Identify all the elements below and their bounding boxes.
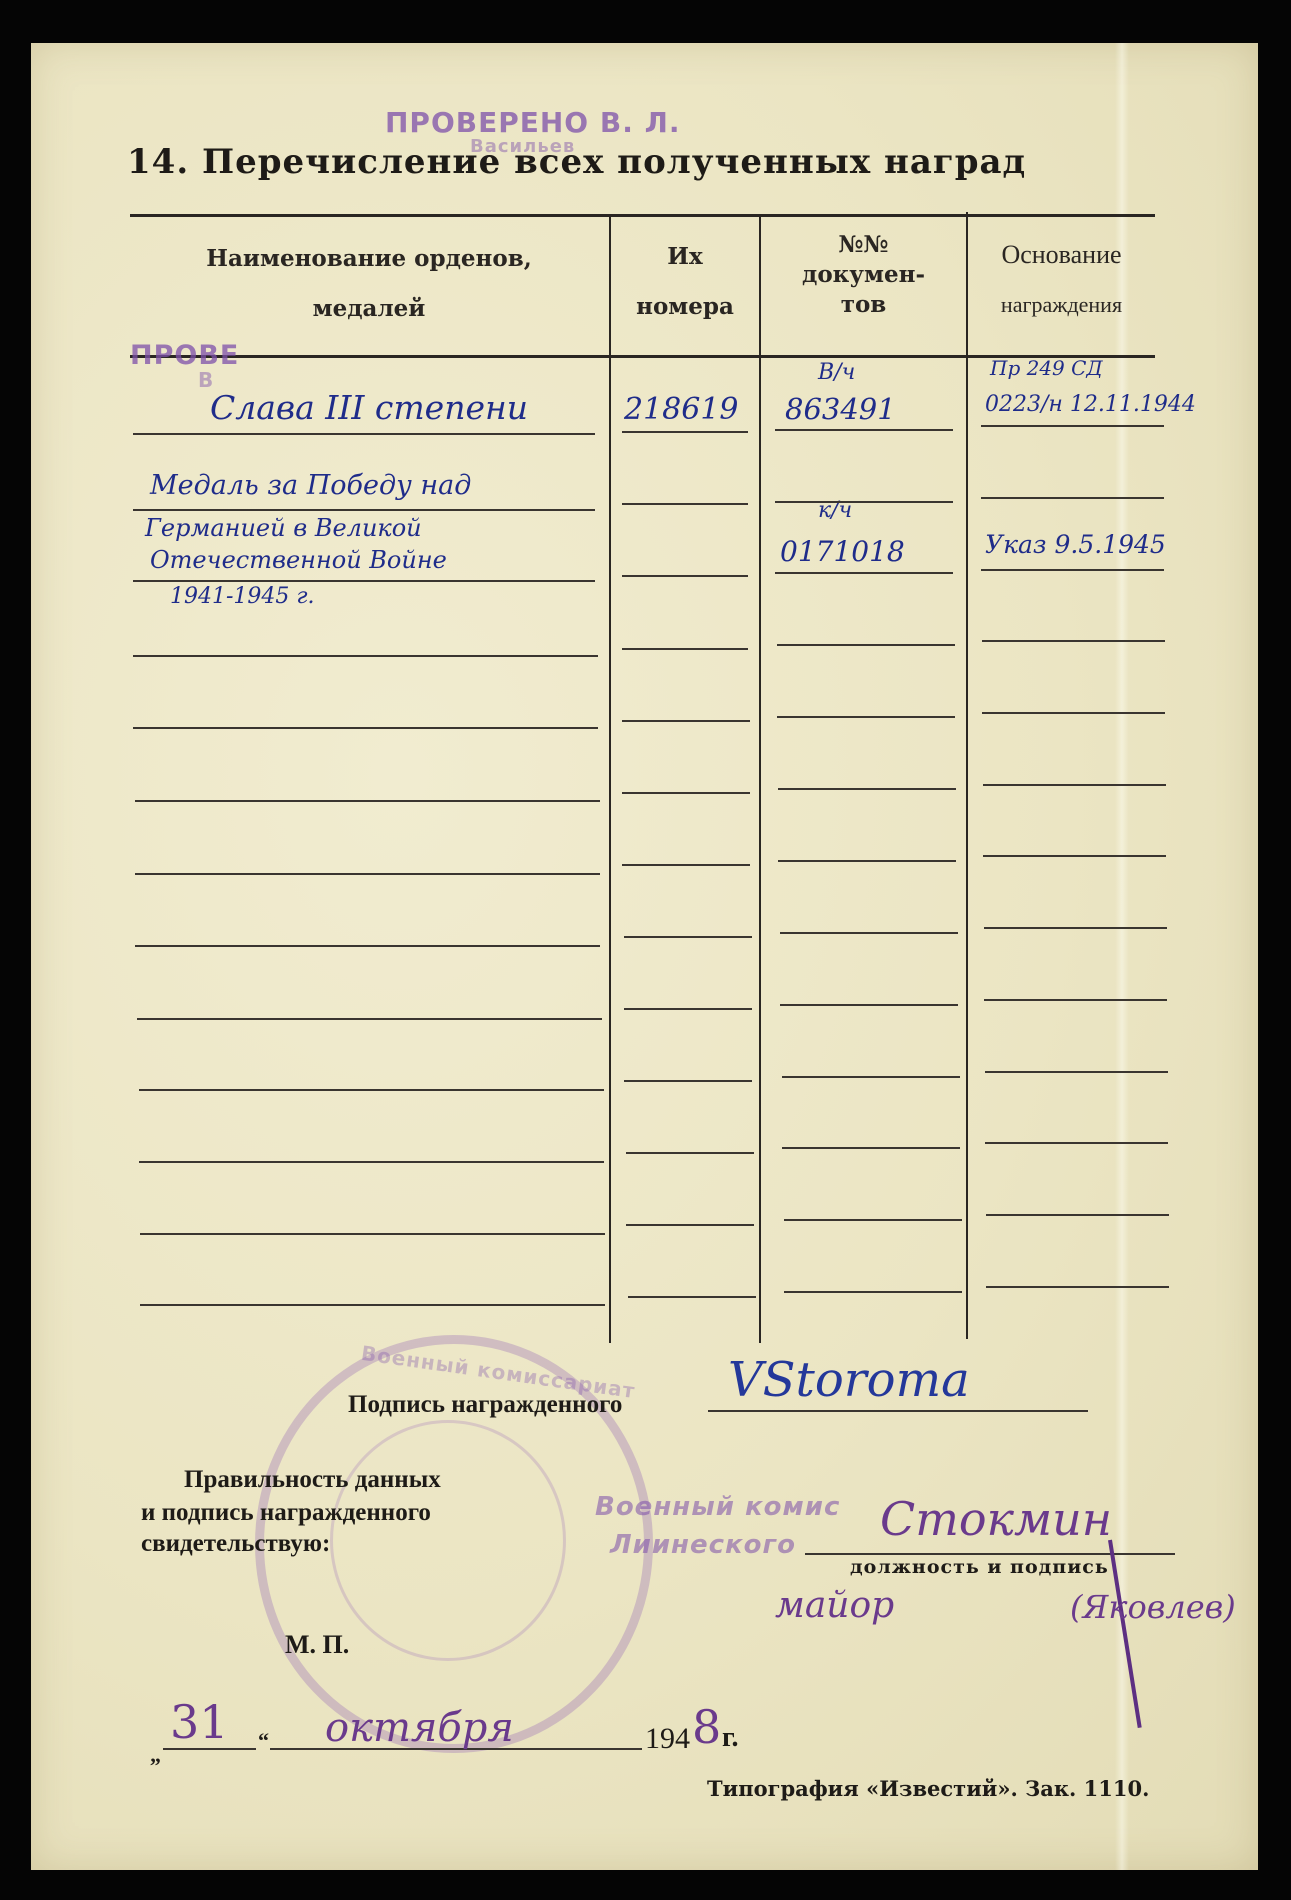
column-divider-3 (966, 212, 968, 1339)
checked-stamp-left: ПРОВЕ (130, 340, 239, 371)
row-rule (133, 727, 598, 729)
award-2-name-line4: 1941-1945 г. (170, 584, 315, 609)
row-rule (775, 429, 953, 431)
award-1-basis-line1: Пр 249 СД (990, 356, 1103, 380)
row-rule (981, 497, 1164, 499)
column-divider-1 (609, 216, 611, 1343)
date-month: октября (325, 1705, 514, 1751)
row-rule (784, 1291, 962, 1293)
recipient-signature-label: Подпись награжденного (348, 1391, 622, 1419)
row-rule (140, 1304, 605, 1306)
certify-line-2: и подпись награжденного (141, 1499, 431, 1527)
section-title: 14. Перечисление всех полученных наград (127, 142, 1026, 182)
row-rule (133, 509, 595, 511)
header-basis: Основание награждения (968, 236, 1155, 324)
header-award-name: Наименование орденов, медалей (130, 242, 608, 326)
row-rule (624, 1080, 752, 1082)
row-rule (139, 1089, 604, 1091)
row-rule (778, 788, 956, 790)
row-rule (981, 425, 1164, 427)
row-rule (135, 945, 600, 947)
row-rule (984, 927, 1167, 929)
award-2-document: 0171018 (780, 535, 905, 568)
date-year-suffix: 8 (692, 1700, 721, 1754)
award-1-doc-prefix: В/ч (818, 360, 855, 385)
row-rule (135, 800, 600, 802)
recipient-signature-line (708, 1410, 1088, 1412)
row-rule (140, 1233, 605, 1235)
row-rule (624, 936, 752, 938)
official-rank: майор (775, 1585, 894, 1626)
official-signature: Стокмин (880, 1492, 1112, 1546)
row-rule (986, 1286, 1169, 1288)
row-rule (782, 1147, 960, 1149)
header-award-name-line2: медалей (130, 292, 608, 326)
row-rule (983, 784, 1166, 786)
row-rule (782, 1076, 960, 1078)
header-documents-line2: докумен- (761, 260, 966, 290)
printer-line: Типография «Известий». Зак. 1110. (707, 1776, 1149, 1801)
row-rule (983, 855, 1166, 857)
date-day: 31 (170, 1695, 229, 1749)
row-rule (986, 1214, 1169, 1216)
official-name: (Яковлев) (1070, 1588, 1236, 1626)
row-rule (982, 712, 1165, 714)
row-rule (777, 644, 955, 646)
row-rule (778, 860, 956, 862)
certify-line-1: Правильность данных (184, 1466, 441, 1494)
row-rule (780, 1004, 958, 1006)
header-basis-line1: Основание (968, 236, 1155, 274)
header-documents-line3: тов (761, 290, 966, 320)
row-rule (137, 1018, 602, 1020)
header-basis-line2: награждения (968, 286, 1155, 324)
award-1-basis-line2: 0223/н 12.11.1944 (985, 392, 1196, 417)
row-rule (982, 640, 1165, 642)
row-rule (775, 501, 953, 503)
header-numbers-line1: Их (611, 240, 759, 274)
award-2-name-line2: Германией в Великой (145, 514, 422, 542)
date-year-tail: г. (722, 1722, 739, 1754)
date-year-prefix: 194 (645, 1722, 690, 1756)
row-rule (622, 575, 748, 577)
column-divider-2 (759, 216, 761, 1343)
row-rule (133, 433, 595, 435)
row-rule (985, 1071, 1168, 1073)
row-rule (624, 1008, 752, 1010)
header-documents-line1: №№ (761, 230, 966, 260)
certify-line-3: свидетельствую: (141, 1530, 330, 1558)
row-rule (985, 1142, 1168, 1144)
award-1-number: 218619 (624, 392, 739, 427)
header-documents: №№ докумен- тов (761, 230, 966, 320)
header-numbers-line2: номера (611, 290, 759, 324)
award-1-document: 863491 (785, 392, 896, 426)
recipient-signature: VStoroma (728, 1352, 970, 1408)
row-rule (984, 999, 1167, 1001)
award-1-name: Слава III степени (210, 388, 528, 427)
checked-stamp: ПРОВЕРЕНО В. Л. (385, 106, 680, 139)
seal-place-label: М. П. (285, 1630, 349, 1660)
row-rule (139, 1161, 604, 1163)
award-2-name-line3: Отечественной Войне (150, 546, 447, 574)
row-rule (777, 716, 955, 718)
official-signature-line (805, 1553, 1175, 1555)
row-rule (622, 720, 750, 722)
header-award-name-line1: Наименование орденов, (130, 242, 608, 276)
row-rule (622, 648, 748, 650)
row-rule (133, 655, 598, 657)
header-numbers: Их номера (611, 240, 759, 324)
award-2-name-line1: Медаль за Победу над (150, 470, 471, 501)
row-rule (628, 1296, 756, 1298)
row-rule (981, 569, 1164, 571)
table-top-rule (130, 214, 1155, 217)
row-rule (626, 1224, 754, 1226)
commissar-stamp-line2: Лиинеского (610, 1530, 796, 1560)
row-rule (622, 503, 748, 505)
row-rule (622, 792, 750, 794)
commissar-stamp-line1: Военный комис (595, 1492, 840, 1522)
date-close-quote: “ (258, 1728, 269, 1754)
row-rule (775, 572, 953, 574)
row-rule (626, 1152, 754, 1154)
row-rule (780, 932, 958, 934)
row-rule (135, 873, 600, 875)
position-and-signature-label: должность и подпись (850, 1556, 1109, 1578)
row-rule (133, 580, 595, 582)
row-rule (784, 1219, 962, 1221)
round-seal-emblem (330, 1420, 566, 1661)
row-rule (622, 431, 748, 433)
row-rule (622, 864, 750, 866)
date-open-quote: „ (150, 1742, 161, 1768)
award-2-basis: Указ 9.5.1945 (985, 530, 1166, 559)
